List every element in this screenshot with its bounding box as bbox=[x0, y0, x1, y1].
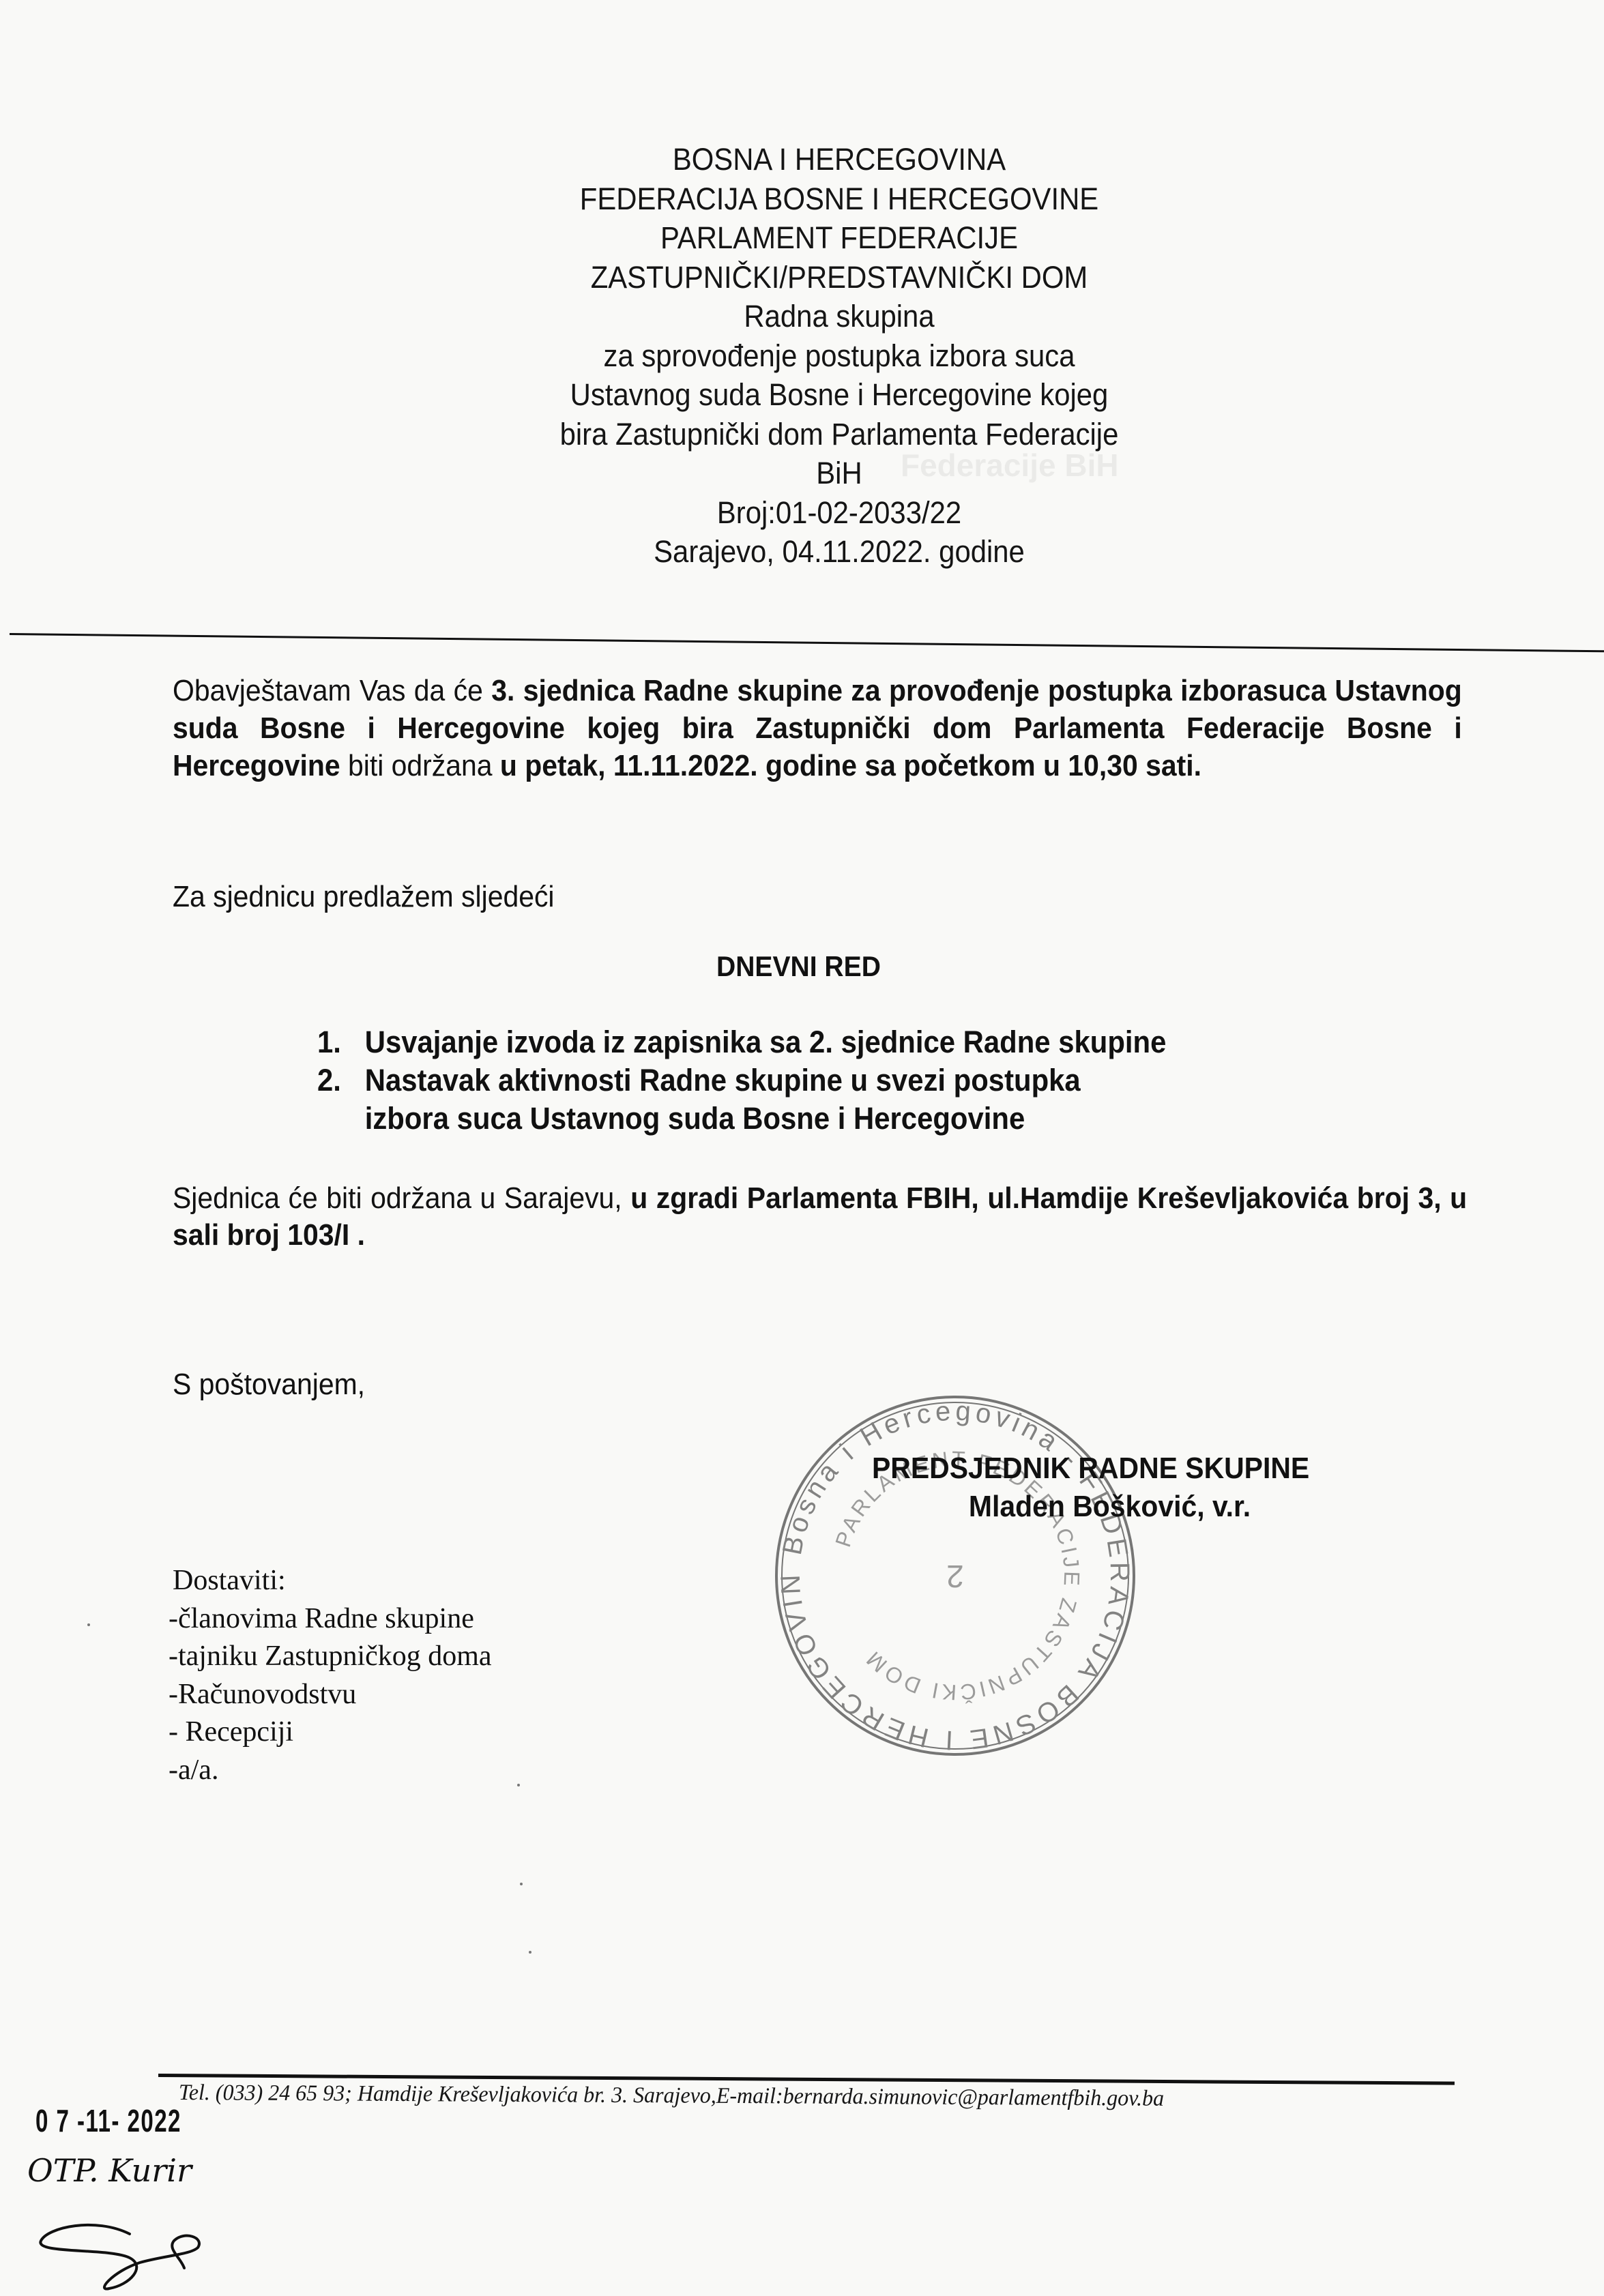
document-header: BOSNA I HERCEGOVINA FEDERACIJA BOSNE I H… bbox=[491, 140, 1189, 572]
svg-text:2: 2 bbox=[946, 1559, 964, 1594]
scan-speck bbox=[520, 1883, 523, 1885]
header-line-purpose-3: bira Zastupnički dom Parlamenta Federaci… bbox=[491, 415, 1189, 454]
handwritten-signature-icon bbox=[27, 2220, 205, 2295]
distribution-title: Dostaviti: bbox=[169, 1562, 492, 1600]
location-paragraph: Sjednica će biti održana u Sarajevu, u z… bbox=[173, 1180, 1467, 1254]
agenda-item: 1. Usvajanje izvoda iz zapisnika sa 2. s… bbox=[317, 1023, 1166, 1061]
header-divider bbox=[10, 633, 1604, 652]
header-line-purpose-1: za sprovođenje postupka izbora suca bbox=[491, 336, 1189, 376]
proposal-line: Za sjednicu predlažem sljedeći bbox=[173, 880, 1372, 914]
signatory-title: PREDSJEDNIK RADNE SKUPINE bbox=[872, 1449, 1309, 1488]
distribution-item: -tajniku Zastupničkog doma bbox=[169, 1638, 492, 1676]
agenda-item: 2. Nastavak aktivnosti Radne skupine u s… bbox=[317, 1061, 1166, 1138]
distribution-item: -a/a. bbox=[169, 1752, 492, 1790]
header-line-purpose-4: BiH bbox=[491, 454, 1189, 493]
scan-speck bbox=[87, 1623, 90, 1626]
document-date: Sarajevo, 04.11.2022. godine bbox=[491, 532, 1189, 572]
scan-speck bbox=[517, 1784, 520, 1786]
distribution-item: - Recepciji bbox=[169, 1713, 492, 1752]
agenda-list: 1. Usvajanje izvoda iz zapisnika sa 2. s… bbox=[317, 1023, 1166, 1138]
session-datetime: u petak, 11.11.2022. godine sa početkom … bbox=[500, 749, 1201, 782]
intro-paragraph: Obavještavam Vas da će 3. sjednica Radne… bbox=[173, 672, 1462, 784]
closing-salutation: S poštovanjem, bbox=[173, 1368, 365, 1402]
header-line-house: ZASTUPNIČKI/PREDSTAVNIČKI DOM bbox=[491, 258, 1189, 297]
official-seal-icon: Bosna i Hercegovina - FEDERACIJA BOSNE I… bbox=[771, 1392, 1139, 1760]
agenda-title: DNEVNI RED bbox=[716, 950, 881, 983]
distribution-item: -Računovodstvu bbox=[169, 1676, 492, 1714]
signatory-name: Mladen Bošković, v.r. bbox=[872, 1488, 1309, 1526]
distribution-list: Dostaviti: -članovima Radne skupine -taj… bbox=[169, 1562, 492, 1789]
received-date-stamp: 0 7 -11- 2022 bbox=[35, 2102, 181, 2139]
signature-block: PREDSJEDNIK RADNE SKUPINE Mladen Boškovi… bbox=[872, 1449, 1309, 1526]
footer-contact: Tel. (033) 24 65 93; Hamdije Kreševljako… bbox=[179, 2080, 1164, 2112]
handwritten-note: OTP. Kurir bbox=[27, 2152, 192, 2189]
header-line-country: BOSNA I HERCEGOVINA bbox=[491, 140, 1189, 179]
header-line-working-group: Radna skupina bbox=[491, 297, 1189, 336]
reference-number: Broj:01-02-2033/22 bbox=[491, 493, 1189, 533]
scan-speck bbox=[529, 1951, 531, 1954]
header-line-federation: FEDERACIJA BOSNE I HERCEGOVINE bbox=[491, 179, 1189, 219]
header-line-purpose-2: Ustavnog suda Bosne i Hercegovine kojeg bbox=[491, 375, 1189, 415]
distribution-item: -članovima Radne skupine bbox=[169, 1600, 492, 1638]
header-line-parliament: PARLAMENT FEDERACIJE bbox=[491, 218, 1189, 258]
